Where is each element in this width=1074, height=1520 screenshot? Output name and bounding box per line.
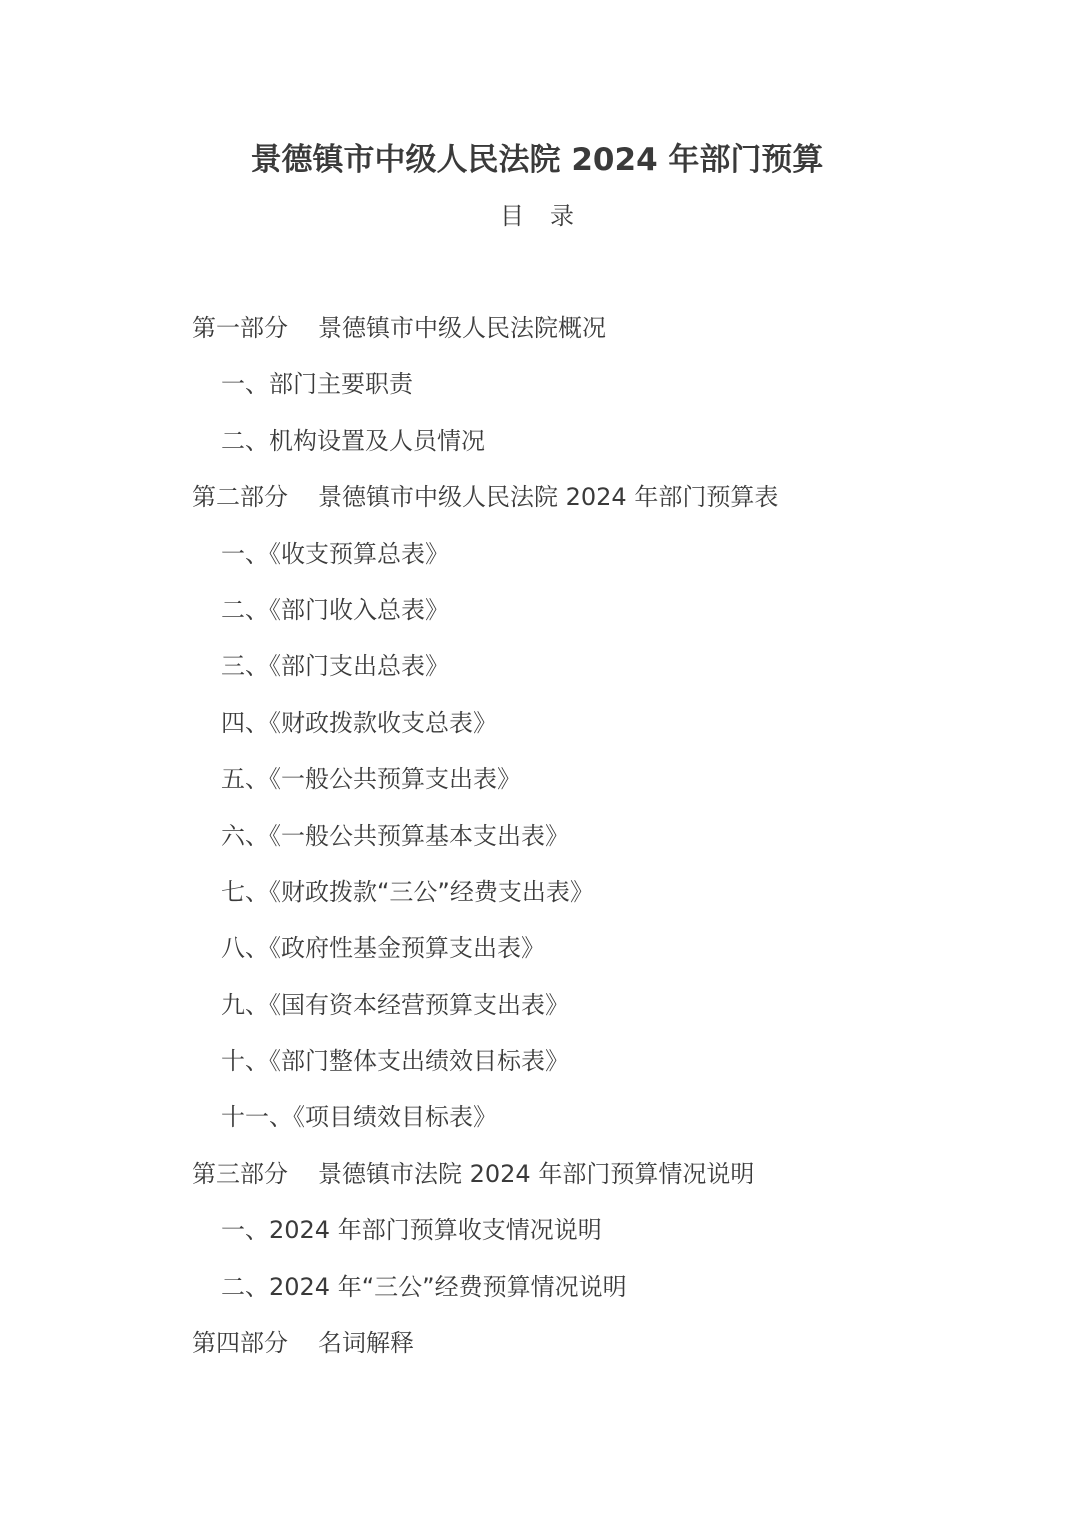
document-title: 景德镇市中级人民法院 2024 年部门预算 xyxy=(0,138,1074,182)
toc-part-title: 景德镇市中级人民法院 2024 年部门预算表 xyxy=(318,483,778,511)
toc-item[interactable]: 八、《政府性基金预算支出表》 xyxy=(192,926,1012,982)
toc-heading: 目录 xyxy=(0,198,1074,234)
toc-part-4[interactable]: 第四部分名词解释 xyxy=(192,1321,1012,1377)
toc-part-label: 第三部分 xyxy=(192,1160,288,1188)
toc-item[interactable]: 十一、《项目绩效目标表》 xyxy=(192,1095,1012,1151)
toc-item[interactable]: 七、《财政拨款“三公”经费支出表》 xyxy=(192,870,1012,926)
toc-item[interactable]: 三、《部门支出总表》 xyxy=(192,644,1012,700)
toc-part-label: 第一部分 xyxy=(192,314,288,342)
toc-part-title: 景德镇市中级人民法院概况 xyxy=(318,314,606,342)
toc-part-label: 第四部分 xyxy=(192,1329,288,1357)
toc-item[interactable]: 十、《部门整体支出绩效目标表》 xyxy=(192,1039,1012,1095)
toc-item[interactable]: 六、《一般公共预算基本支出表》 xyxy=(192,814,1012,870)
toc-item[interactable]: 二、2024 年“三公”经费预算情况说明 xyxy=(192,1265,1012,1321)
toc-part-1[interactable]: 第一部分景德镇市中级人民法院概况 xyxy=(192,306,1012,362)
toc-item[interactable]: 一、2024 年部门预算收支情况说明 xyxy=(192,1208,1012,1264)
toc-part-title: 名词解释 xyxy=(318,1329,414,1357)
toc-part-title: 景德镇市法院 2024 年部门预算情况说明 xyxy=(318,1160,754,1188)
toc-item[interactable]: 一、《收支预算总表》 xyxy=(192,532,1012,588)
toc-item[interactable]: 二、机构设置及人员情况 xyxy=(192,419,1012,475)
toc-item[interactable]: 四、《财政拨款收支总表》 xyxy=(192,701,1012,757)
toc-item[interactable]: 九、《国有资本经营预算支出表》 xyxy=(192,983,1012,1039)
toc-part-3[interactable]: 第三部分景德镇市法院 2024 年部门预算情况说明 xyxy=(192,1152,1012,1208)
toc-item[interactable]: 二、《部门收入总表》 xyxy=(192,588,1012,644)
toc-part-label: 第二部分 xyxy=(192,483,288,511)
toc-part-2[interactable]: 第二部分景德镇市中级人民法院 2024 年部门预算表 xyxy=(192,475,1012,531)
table-of-contents: 第一部分景德镇市中级人民法院概况 一、部门主要职责 二、机构设置及人员情况 第二… xyxy=(192,306,1012,1377)
toc-item[interactable]: 一、部门主要职责 xyxy=(192,362,1012,418)
toc-item[interactable]: 五、《一般公共预算支出表》 xyxy=(192,757,1012,813)
